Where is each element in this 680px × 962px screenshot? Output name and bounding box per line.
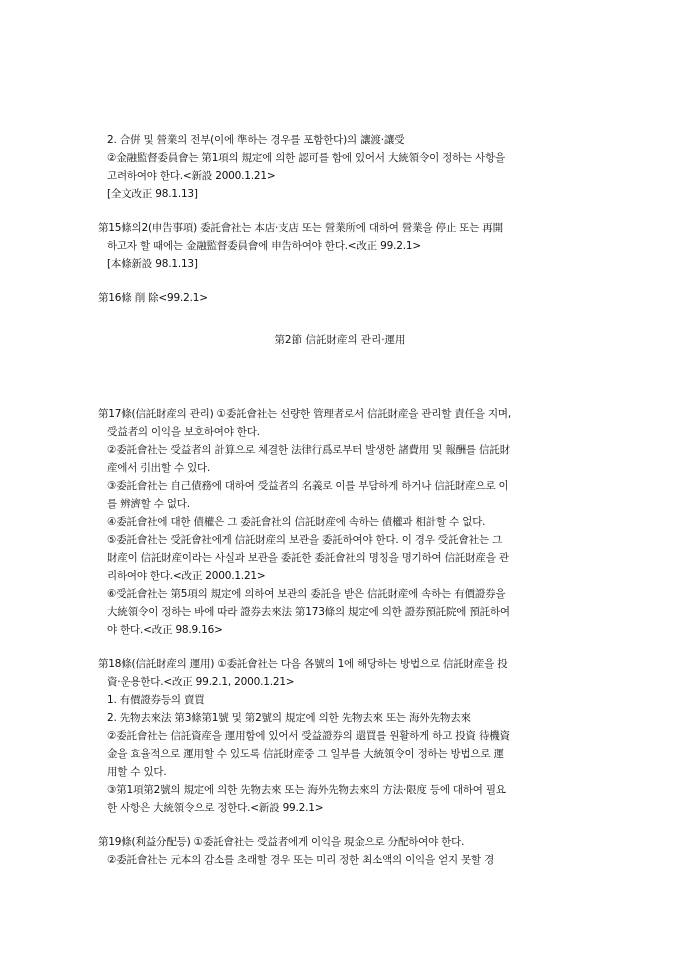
paragraph-continuation: 리하여야 한다.<改正 2000.1.21>	[107, 569, 266, 583]
article-18-heading: 第18條(信託財産의 運用) ①委託會社는 다음 各號의 1에 해당하는 방법으…	[98, 657, 508, 671]
paragraph-2: ②委託會社는 受益者의 計算으로 체결한 法律行爲로부터 발생한 諸費用 및 報…	[107, 443, 510, 457]
article-16-deleted: 第16條 削 除<99.2.1>	[98, 291, 208, 305]
paragraph-continuation: 金을 효율적으로 運用할 수 있도록 信託財産중 그 일부를 大統領令이 정하는…	[107, 747, 504, 761]
paragraph-continuation: 야 한다.<改正 98.9.16>	[107, 623, 223, 637]
paragraph-continuation: 大統領令이 정하는 바에 따라 證券去來法 第173條의 規定에 의한 證券預託…	[107, 605, 510, 619]
paragraph-3: ③第1項第2號의 規定에 의한 先物去來 또는 海外先物去來의 方法·限度 등에…	[107, 783, 506, 797]
clause-item-2: 2. 先物去來法 第3條第1號 및 第2號의 規定에 의한 先物去來 또는 海外…	[107, 711, 471, 725]
clause-item-2-merger: 2. 合倂 및 營業의 전부(이에 準하는 경우를 포함한다)의 讓渡·讓受	[107, 133, 404, 147]
paragraph-3: ③委託會社는 自己債務에 대하여 受益者의 名義로 이를 부담하게 하거나 信託…	[107, 479, 508, 493]
paragraph-continuation: 고려하여야 한다.<新設 2000.1.21>	[107, 169, 275, 183]
amendment-note: [本條新設 98.1.13]	[107, 257, 198, 271]
amendment-note: [全文改正 98.1.13]	[107, 187, 198, 201]
article-15-2-heading: 第15條의2(申告事項) 委託會社는 本店·支店 또는 營業所에 대하여 營業을…	[98, 221, 503, 235]
article-continuation: 資·운용한다.<改正 99.2.1, 2000.1.21>	[107, 675, 294, 689]
paragraph-4: ④委託會社에 대한 債權은 그 委託會社의 信託財産에 속하는 債權과 相計할 …	[107, 515, 485, 529]
article-17-heading: 第17條(信託財産의 관리) ①委託會社는 선량한 管理者로서 信託財産을 관리…	[98, 407, 511, 421]
paragraph-continuation: 를 辨濟할 수 없다.	[107, 497, 190, 511]
paragraph-continuation: 産에서 引出할 수 있다.	[107, 461, 210, 475]
paragraph-continuation: 用할 수 있다.	[107, 765, 167, 779]
paragraph-2: ②委託會社는 信託資産을 運用함에 있어서 受益證券의 還買를 원활하게 하고 …	[107, 729, 510, 743]
document-page: 2. 合倂 및 營業의 전부(이에 準하는 경우를 포함한다)의 讓渡·讓受 ②…	[0, 0, 680, 962]
article-continuation: 受益者의 이익을 보호하여야 한다.	[107, 425, 260, 439]
clause-item-1: 1. 有價證券등의 賣買	[107, 693, 205, 707]
paragraph-5: ⑤委託會社는 受託會社에게 信託財産의 보관을 委託하여야 한다. 이 경우 受…	[107, 533, 502, 547]
article-19-heading: 第19條(利益分配등) ①委託會社는 受益者에게 이익을 現金으로 分配하여야 …	[98, 835, 464, 849]
paragraph-continuation: 財産이 信託財産이라는 사실과 보관을 委託한 委託會社의 명칭을 명기하여 信…	[107, 551, 509, 565]
paragraph-6: ⑥受託會社는 第5項의 規定에 의하여 보관의 委託을 받은 信託財産에 속하는…	[107, 587, 505, 601]
article-continuation: 하고자 할 때에는 金融監督委員會에 申告하여야 한다.<改正 99.2.1>	[107, 239, 421, 253]
section-title: 第2節 信託財産의 관리·運用	[0, 333, 680, 347]
paragraph-2: ②委託會社는 元本의 감소를 초래할 경우 또는 미리 정한 최소액의 이익을 …	[107, 853, 494, 867]
paragraph-continuation: 한 사항은 大統領令으로 정한다.<新設 99.2.1>	[107, 801, 323, 815]
paragraph-2-fsc-consideration: ②金融監督委員會는 第1項의 規定에 의한 認可를 함에 있어서 大統領令이 정…	[107, 151, 505, 165]
